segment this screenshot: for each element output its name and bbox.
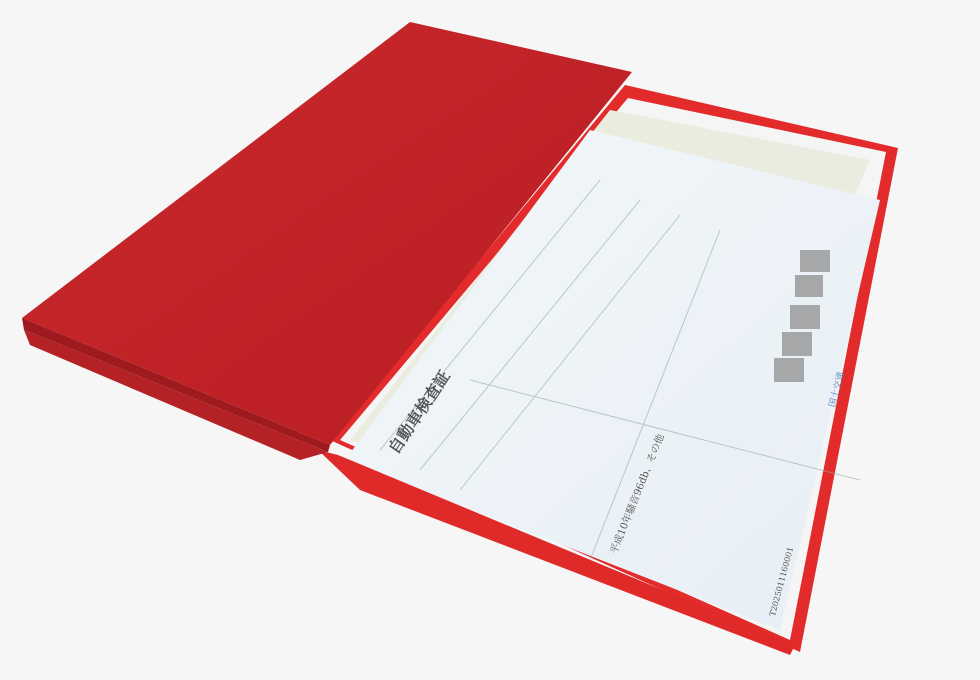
photo-scene: 自動車検査証 平成10年騒音96db、その他 T2025011160001 国土… [0,0,980,680]
document-holder-illustration [0,0,980,680]
